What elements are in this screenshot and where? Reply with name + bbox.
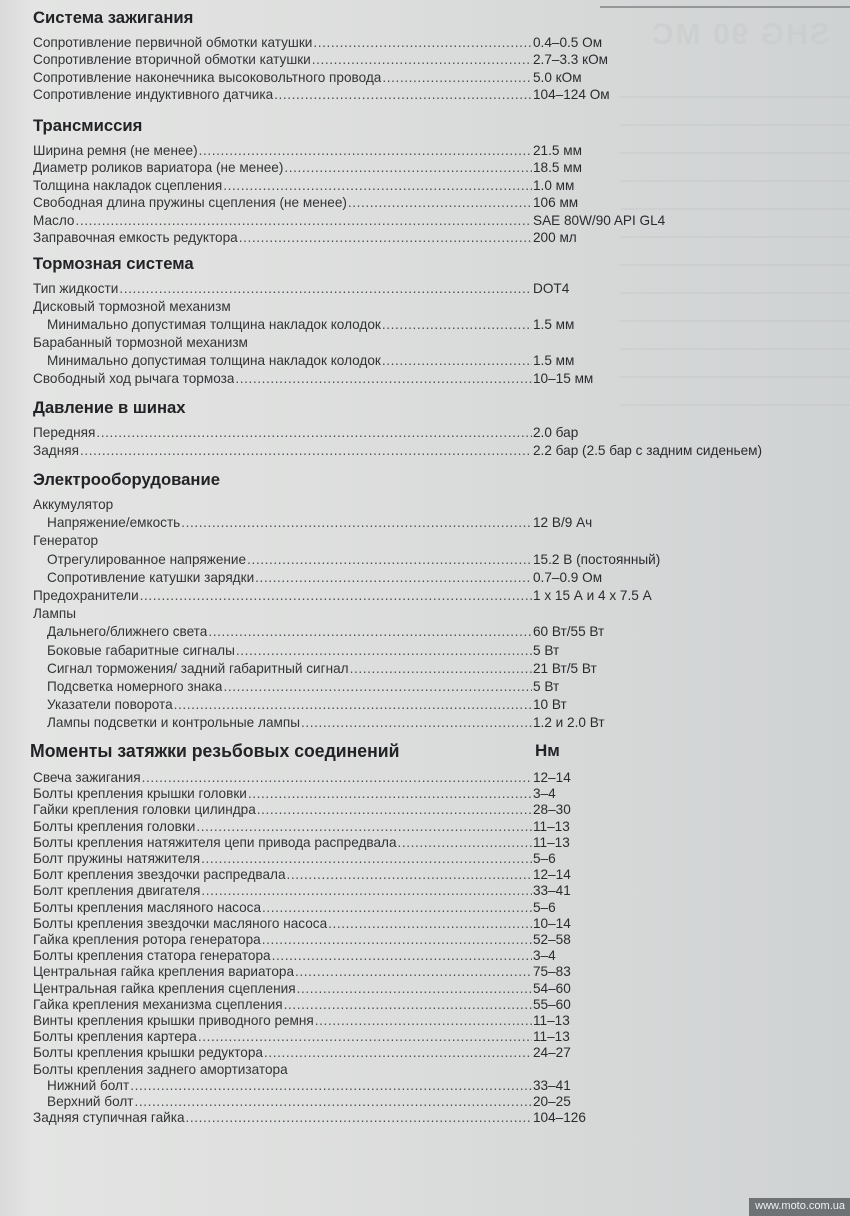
spec-label: Сопротивление вторичной обмотки катушки bbox=[33, 51, 311, 68]
dot-leader: ........................................… bbox=[272, 947, 532, 964]
spec-value: 1.2 и 2.0 Вт bbox=[533, 714, 605, 731]
spec-value: 15.2 В (постоянный) bbox=[533, 551, 660, 568]
spec-row: Болт пружины натяжителя.................… bbox=[0, 850, 850, 867]
spec-row: Болт крепления двигателя................… bbox=[0, 882, 850, 899]
spec-row: Толщина накладок сцепления..............… bbox=[0, 177, 850, 194]
spec-value: 1.0 мм bbox=[533, 177, 574, 194]
dot-leader: ........................................… bbox=[130, 1077, 532, 1094]
spec-value: 5 Вт bbox=[533, 642, 559, 659]
spec-value: SAE 80W/90 API GL4 bbox=[533, 212, 665, 229]
spec-row: Болты крепления масляного насоса........… bbox=[0, 899, 850, 916]
spec-row: Минимально допустимая толщина накладок к… bbox=[0, 316, 850, 333]
spec-value: 106 мм bbox=[533, 194, 578, 211]
section-title: Электрооборудование bbox=[33, 470, 220, 490]
spec-label: Задняя bbox=[33, 442, 79, 459]
dot-leader: ........................................… bbox=[301, 714, 532, 731]
spec-label: Предохранители bbox=[33, 587, 139, 604]
section-title: Система зажигания bbox=[33, 8, 193, 28]
spec-label: Подсветка номерного знака bbox=[47, 678, 222, 695]
spec-row: Тип жидкости............................… bbox=[0, 280, 850, 297]
dot-leader: ........................................… bbox=[264, 1044, 532, 1061]
spec-row: Свободный ход рычага тормоза............… bbox=[0, 370, 850, 387]
dot-leader: ........................................… bbox=[201, 882, 532, 899]
dot-leader: ........................................… bbox=[315, 1012, 532, 1029]
dot-leader: ........................................… bbox=[262, 931, 532, 948]
dot-leader: ........................................… bbox=[198, 1028, 532, 1045]
spec-row: Минимально допустимая толщина накладок к… bbox=[0, 352, 850, 369]
spec-label: Ширина ремня (не менее) bbox=[33, 142, 198, 159]
spec-label: Сопротивление индуктивного датчика bbox=[33, 86, 273, 103]
spec-row: Указатели поворота......................… bbox=[0, 696, 850, 713]
dot-leader: ........................................… bbox=[255, 569, 532, 586]
spec-label: Диаметр роликов вариатора (не менее) bbox=[33, 159, 283, 176]
spec-group-heading: Болты крепления заднего амортизатора bbox=[0, 1061, 850, 1078]
spec-row: Сопротивление катушки зарядки...........… bbox=[0, 569, 850, 586]
spec-value: 11–13 bbox=[533, 1012, 570, 1029]
dot-leader: ........................................… bbox=[257, 801, 532, 818]
spec-row: Подсветка номерного знака...............… bbox=[0, 678, 850, 695]
spec-value: 0.7–0.9 Ом bbox=[533, 569, 602, 586]
spec-group-heading: Аккумулятор bbox=[0, 496, 850, 513]
spec-row: Сопротивление индуктивного датчика......… bbox=[0, 86, 850, 103]
spec-value: 54–60 bbox=[533, 980, 571, 997]
spec-label: Центральная гайка крепления сцепления bbox=[33, 980, 296, 997]
spec-row: Нижний болт.............................… bbox=[0, 1077, 850, 1094]
spec-value: 21 Вт/5 Вт bbox=[533, 660, 597, 677]
spec-row: Болты крепления звездочки масляного насо… bbox=[0, 915, 850, 932]
spec-row: Диаметр роликов вариатора (не менее)....… bbox=[0, 159, 850, 176]
spec-value: 200 мл bbox=[533, 229, 577, 246]
dot-leader: ........................................… bbox=[75, 212, 532, 229]
spec-value: 28–30 bbox=[533, 801, 571, 818]
spec-row: Болты крепления натяжителя цепи привода … bbox=[0, 834, 850, 851]
spec-row: Предохранители..........................… bbox=[0, 587, 850, 604]
spec-label: Гайка крепления ротора генератора bbox=[33, 931, 261, 948]
spec-row: Центральная гайка крепления сцепления...… bbox=[0, 980, 850, 997]
spec-label: Сопротивление первичной обмотки катушки bbox=[33, 34, 312, 51]
spec-value: 10–15 мм bbox=[533, 370, 593, 387]
spec-row: Напряжение/емкость......................… bbox=[0, 514, 850, 531]
spec-row: Центральная гайка крепления вариатора...… bbox=[0, 963, 850, 980]
spec-row: Болты крепления картера.................… bbox=[0, 1028, 850, 1045]
dot-leader: ........................................… bbox=[223, 678, 532, 695]
spec-value: 33–41 bbox=[533, 882, 571, 899]
spec-row: Болты крепления статора генератора......… bbox=[0, 947, 850, 964]
spec-label: Минимально допустимая толщина накладок к… bbox=[47, 352, 381, 369]
dot-leader: ........................................… bbox=[186, 1109, 532, 1126]
dot-leader: ........................................… bbox=[199, 142, 532, 159]
spec-row: Задняя..................................… bbox=[0, 442, 850, 459]
spec-value: 104–126 bbox=[533, 1109, 586, 1126]
spec-value: 11–13 bbox=[533, 818, 570, 835]
spec-row: Лампы подсветки и контрольные лампы.....… bbox=[0, 714, 850, 731]
spec-label: Болты крепления звездочки масляного насо… bbox=[33, 915, 327, 932]
spec-row: Дальнего/ближнего света.................… bbox=[0, 623, 850, 640]
spec-value: 21.5 мм bbox=[533, 142, 582, 159]
spec-label: Указатели поворота bbox=[47, 696, 173, 713]
spec-label: Нижний болт bbox=[47, 1077, 129, 1094]
spec-row: Заправочная емкость редуктора...........… bbox=[0, 229, 850, 246]
spec-row: Гайка крепления механизма сцепления.....… bbox=[0, 996, 850, 1013]
spec-value: 55–60 bbox=[533, 996, 571, 1013]
spec-row: Сопротивление первичной обмотки катушки.… bbox=[0, 34, 850, 51]
spec-value: 12–14 bbox=[533, 769, 571, 786]
spec-row: Гайка крепления ротора генератора.......… bbox=[0, 931, 850, 948]
spec-row: Масло...................................… bbox=[0, 212, 850, 229]
spec-row: Гайки крепления головки цилиндра........… bbox=[0, 801, 850, 818]
spec-value: 5–6 bbox=[533, 850, 556, 867]
dot-leader: ........................................… bbox=[223, 177, 532, 194]
spec-value: 52–58 bbox=[533, 931, 571, 948]
dot-leader: ........................................… bbox=[96, 424, 532, 441]
dot-leader: ........................................… bbox=[287, 866, 532, 883]
dot-leader: ........................................… bbox=[295, 963, 532, 980]
spec-value: 2.0 бар bbox=[533, 424, 578, 441]
spec-label: Болт крепления звездочки распредвала bbox=[33, 866, 286, 883]
watermark: www.moto.com.ua bbox=[749, 1198, 850, 1216]
dot-leader: ........................................… bbox=[140, 587, 532, 604]
spec-value: 18.5 мм bbox=[533, 159, 582, 176]
spec-value: 10–14 bbox=[533, 915, 571, 932]
spec-label: Верхний болт bbox=[47, 1093, 134, 1110]
dot-leader: ........................................… bbox=[181, 514, 532, 531]
spec-value: 1 х 15 А и 4 х 7.5 А bbox=[533, 587, 652, 604]
spec-label: Болты крепления натяжителя цепи привода … bbox=[33, 834, 397, 851]
spec-label: Сопротивление наконечника высоковольтног… bbox=[33, 69, 381, 86]
dot-leader: ........................................… bbox=[135, 1093, 532, 1110]
dot-leader: ........................................… bbox=[196, 818, 532, 835]
dot-leader: ........................................… bbox=[174, 696, 532, 713]
spec-value: 1.5 мм bbox=[533, 352, 574, 369]
spec-value: 2.7–3.3 кОм bbox=[533, 51, 608, 68]
spec-value: 11–13 bbox=[533, 1028, 570, 1045]
spec-label: Аккумулятор bbox=[33, 496, 113, 513]
spec-label: Барабанный тормозной механизм bbox=[33, 334, 248, 351]
spec-label: Болт пружины натяжителя bbox=[33, 850, 200, 867]
section-title: Давление в шинах bbox=[33, 398, 186, 418]
dot-leader: ........................................… bbox=[284, 996, 532, 1013]
spec-row: Верхний болт............................… bbox=[0, 1093, 850, 1110]
spec-row: Ширина ремня (не менее).................… bbox=[0, 142, 850, 159]
spec-value: 75–83 bbox=[533, 963, 571, 980]
spec-label: Заправочная емкость редуктора bbox=[33, 229, 238, 246]
spec-row: Свободная длина пружины сцепления (не ме… bbox=[0, 194, 850, 211]
spec-value: 5–6 bbox=[533, 899, 556, 916]
spec-row: Задняя ступичная гайка..................… bbox=[0, 1109, 850, 1126]
spec-label: Болты крепления статора генератора bbox=[33, 947, 271, 964]
spec-value: 12 В/9 Ач bbox=[533, 514, 592, 531]
spec-row: Болты крепления головки.................… bbox=[0, 818, 850, 835]
dot-leader: ........................................… bbox=[274, 86, 532, 103]
dot-leader: ........................................… bbox=[328, 915, 532, 932]
section-title: Тормозная система bbox=[33, 254, 194, 274]
dot-leader: ........................................… bbox=[247, 551, 532, 568]
spec-label: Винты крепления крышки приводного ремня bbox=[33, 1012, 314, 1029]
dot-leader: ........................................… bbox=[297, 980, 532, 997]
spec-label: Болты крепления крышки редуктора bbox=[33, 1044, 263, 1061]
dot-leader: ........................................… bbox=[350, 660, 532, 677]
dot-leader: ........................................… bbox=[239, 229, 532, 246]
section-title: Трансмиссия bbox=[33, 116, 142, 136]
spec-row: Передняя................................… bbox=[0, 424, 850, 441]
spec-row: Отрегулированное напряжение.............… bbox=[0, 551, 850, 568]
spec-group-heading: Лампы bbox=[0, 605, 850, 622]
dot-leader: ........................................… bbox=[382, 352, 532, 369]
spec-label: Болты крепления заднего амортизатора bbox=[33, 1061, 288, 1078]
spec-group-heading: Барабанный тормозной механизм bbox=[0, 334, 850, 351]
spec-label: Напряжение/емкость bbox=[47, 514, 180, 531]
spec-value: 11–13 bbox=[533, 834, 570, 851]
spec-label: Отрегулированное напряжение bbox=[47, 551, 246, 568]
dot-leader: ........................................… bbox=[382, 316, 532, 333]
spec-label: Болты крепления головки bbox=[33, 818, 195, 835]
spec-row: Боковые габаритные сигналы..............… bbox=[0, 642, 850, 659]
spec-row: Болт крепления звездочки распредвала....… bbox=[0, 866, 850, 883]
dot-leader: ........................................… bbox=[398, 834, 532, 851]
spec-value: 10 Вт bbox=[533, 696, 567, 713]
spec-label: Генератор bbox=[33, 532, 98, 549]
spec-label: Болты крепления масляного насоса bbox=[33, 899, 261, 916]
spec-label: Болт крепления двигателя bbox=[33, 882, 200, 899]
spec-value: 1.5 мм bbox=[533, 316, 574, 333]
spec-row: Болты крепления крышки головки..........… bbox=[0, 785, 850, 802]
spec-value: 3–4 bbox=[533, 947, 556, 964]
spec-value: 60 Вт/55 Вт bbox=[533, 623, 604, 640]
spec-label: Болты крепления картера bbox=[33, 1028, 197, 1045]
spec-label: Дальнего/ближнего света bbox=[47, 623, 207, 640]
spec-label: Дисковый тормозной механизм bbox=[33, 298, 231, 315]
spec-label: Задняя ступичная гайка bbox=[33, 1109, 185, 1126]
spec-label: Гайка крепления механизма сцепления bbox=[33, 996, 283, 1013]
spec-row: Винты крепления крышки приводного ремня.… bbox=[0, 1012, 850, 1029]
spec-label: Лампы bbox=[33, 605, 76, 622]
spec-group-heading: Генератор bbox=[0, 532, 850, 549]
dot-leader: ........................................… bbox=[236, 642, 532, 659]
spec-label: Свеча зажигания bbox=[33, 769, 141, 786]
spec-row: Свеча зажигания.........................… bbox=[0, 769, 850, 786]
dot-leader: ........................................… bbox=[262, 899, 532, 916]
unit-header: Нм bbox=[535, 741, 560, 761]
spec-value: 5.0 кОм bbox=[533, 69, 582, 86]
spec-label: Боковые габаритные сигналы bbox=[47, 642, 235, 659]
spec-row: Сигнал торможения/ задний габаритный сиг… bbox=[0, 660, 850, 677]
spec-value: DOT4 bbox=[533, 280, 569, 297]
spec-value: 5 Вт bbox=[533, 678, 559, 695]
dot-leader: ........................................… bbox=[142, 769, 532, 786]
spec-row: Сопротивление наконечника высоковольтног… bbox=[0, 69, 850, 86]
spec-label: Свободная длина пружины сцепления (не ме… bbox=[33, 194, 347, 211]
spec-value: 0.4–0.5 Ом bbox=[533, 34, 602, 51]
spec-value: 20–25 bbox=[533, 1093, 571, 1110]
dot-leader: ........................................… bbox=[80, 442, 532, 459]
dot-leader: ........................................… bbox=[312, 51, 532, 68]
spec-label: Гайки крепления головки цилиндра bbox=[33, 801, 256, 818]
spec-label: Лампы подсветки и контрольные лампы bbox=[47, 714, 300, 731]
spec-label: Свободный ход рычага тормоза bbox=[33, 370, 234, 387]
dot-leader: ........................................… bbox=[382, 69, 532, 86]
spec-value: 33–41 bbox=[533, 1077, 571, 1094]
spec-label: Толщина накладок сцепления bbox=[33, 177, 222, 194]
spec-label: Передняя bbox=[33, 424, 95, 441]
spec-value: 104–124 Ом bbox=[533, 86, 610, 103]
spec-label: Минимально допустимая толщина накладок к… bbox=[47, 316, 381, 333]
dot-leader: ........................................… bbox=[201, 850, 532, 867]
spec-label: Тип жидкости bbox=[33, 280, 118, 297]
dot-leader: ........................................… bbox=[235, 370, 532, 387]
spec-value: 12–14 bbox=[533, 866, 571, 883]
spec-label: Сопротивление катушки зарядки bbox=[47, 569, 254, 586]
section-title: Моменты затяжки резьбовых соединений bbox=[30, 741, 399, 762]
spec-row: Болты крепления крышки редуктора........… bbox=[0, 1044, 850, 1061]
spec-label: Центральная гайка крепления вариатора bbox=[33, 963, 294, 980]
page-edge bbox=[600, 0, 850, 8]
spec-value: 24–27 bbox=[533, 1044, 571, 1061]
dot-leader: ........................................… bbox=[284, 159, 532, 176]
spec-group-heading: Дисковый тормозной механизм bbox=[0, 298, 850, 315]
dot-leader: ........................................… bbox=[313, 34, 532, 51]
spec-value: 2.2 бар (2.5 бар с задним сиденьем) bbox=[533, 442, 762, 459]
spec-value: 3–4 bbox=[533, 785, 556, 802]
dot-leader: ........................................… bbox=[119, 280, 532, 297]
spec-label: Масло bbox=[33, 212, 74, 229]
spec-label: Болты крепления крышки головки bbox=[33, 785, 247, 802]
dot-leader: ........................................… bbox=[248, 785, 532, 802]
spec-row: Сопротивление вторичной обмотки катушки.… bbox=[0, 51, 850, 68]
dot-leader: ........................................… bbox=[208, 623, 532, 640]
dot-leader: ........................................… bbox=[348, 194, 532, 211]
spec-label: Сигнал торможения/ задний габаритный сиг… bbox=[47, 660, 349, 677]
